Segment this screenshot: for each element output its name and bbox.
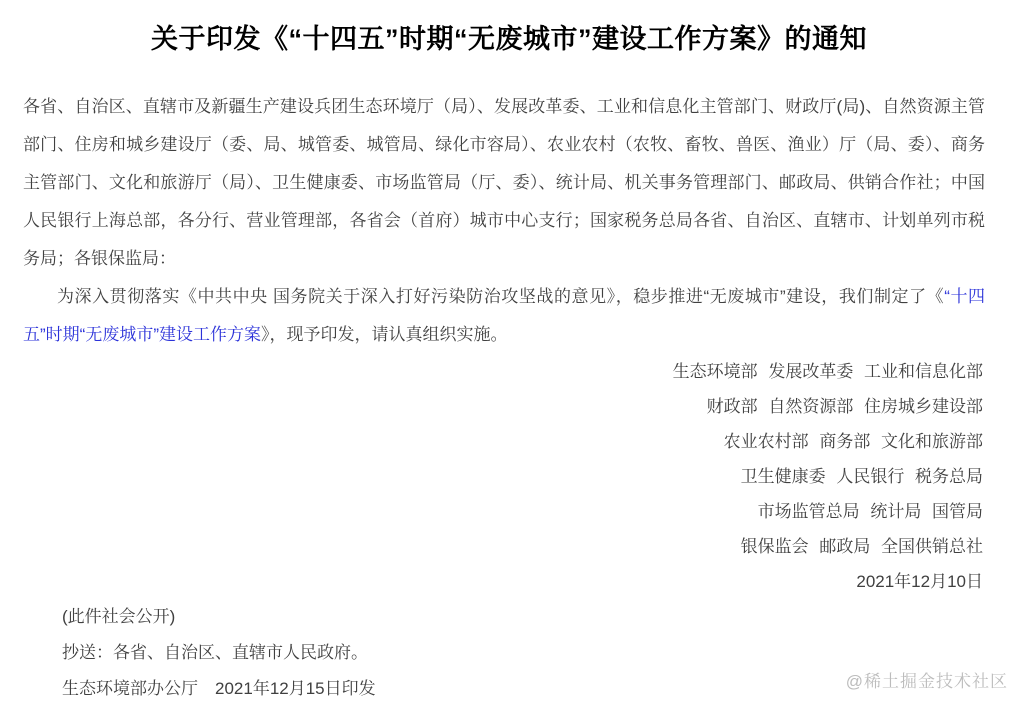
paragraph-text-after: 》，现予印发，请认真组织实施。 [261, 325, 508, 344]
public-note: (此件社会公开) [62, 599, 1018, 635]
signature-line: 市场监管总局 统计局 国管局 [0, 494, 983, 529]
signature-line: 生态环境部 发展改革委 工业和信息化部 [0, 354, 983, 389]
signature-line: 银保监会 邮政局 全国供销总社 [0, 529, 983, 564]
document-page: 关于印发《“十四五”时期“无废城市”建设工作方案》的通知 各省、自治区、直辖市及… [0, 0, 1018, 712]
watermark: @稀土掘金技术社区 [846, 667, 1008, 692]
cc-line: 抄送：各省、自治区、直辖市人民政府。 [62, 635, 1018, 671]
signature-line: 农业农村部 商务部 文化和旅游部 [0, 424, 983, 459]
document-title: 关于印发《“十四五”时期“无废城市”建设工作方案》的通知 [10, 22, 1008, 56]
signature-line: 卫生健康委 人民银行 税务总局 [0, 459, 983, 494]
addressee-paragraph: 各省、自治区、直辖市及新疆生产建设兵团生态环境厅（局）、发展改革委、工业和信息化… [23, 88, 985, 278]
body-paragraph: 为深入贯彻落实《中共中央 国务院关于深入打好污染防治攻坚战的意见》，稳步推进“无… [23, 278, 985, 354]
paragraph-text-before: 为深入贯彻落实《中共中央 国务院关于深入打好污染防治攻坚战的意见》，稳步推进“无… [57, 287, 944, 306]
signature-block: 生态环境部 发展改革委 工业和信息化部 财政部 自然资源部 住房城乡建设部 农业… [0, 354, 983, 599]
signature-date: 2021年12月10日 [0, 564, 983, 599]
signature-line: 财政部 自然资源部 住房城乡建设部 [0, 389, 983, 424]
